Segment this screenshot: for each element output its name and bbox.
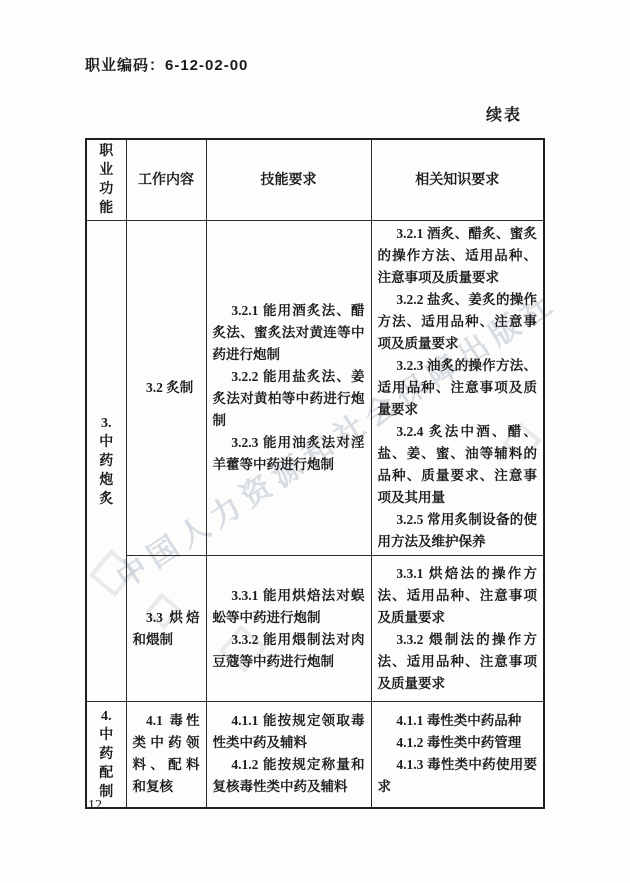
function-cell-zhongyao-peizhi: 4. 中 药 配 制 bbox=[86, 702, 126, 808]
function-cell-zhongyao-paozhi: 3. 中 药 炮 炙 bbox=[86, 221, 126, 702]
table-header-row: 职业 功能 工作内容 技能要求 相关知识要求 bbox=[86, 139, 544, 221]
table-row: 3. 中 药 炮 炙 3.2 炙制 3.2.1 能用酒炙法、醋炙法、蜜炙法对黄连… bbox=[86, 221, 544, 556]
knowledge-requirements-cell: 3.3.1 烘焙法的操作方法、适用品种、注意事项及质量要求 3.3.2 煨制法的… bbox=[371, 556, 544, 702]
knowledge-requirements-cell: 3.2.1 酒炙、醋炙、蜜炙的操作方法、适用品种、注意事项及质量要求 3.2.2… bbox=[371, 221, 544, 556]
knowledge-item: 3.2.4 炙法中酒、醋、盐、姜、蜜、油等辅料的品种、质量要求、注意事项及其用量 bbox=[378, 421, 538, 509]
header-work-content: 工作内容 bbox=[126, 139, 206, 221]
header-knowledge-requirements: 相关知识要求 bbox=[371, 139, 544, 221]
document-page: 职业编码：6-12-02-00 续表 中国人力资源和社会保障出版社 职业 功能 … bbox=[0, 0, 630, 883]
skill-requirements-cell: 3.3.1 能用烘焙法对蜈蚣等中药进行炮制 3.3.2 能用煨制法对肉豆蔻等中药… bbox=[206, 556, 371, 702]
skill-item: 4.1.2 能按规定称量和复核毒性类中药及辅料 bbox=[213, 754, 365, 798]
skill-item: 3.2.1 能用酒炙法、醋炙法、蜜炙法对黄连等中药进行炮制 bbox=[213, 300, 365, 366]
table-row: 3.3 烘焙和煨制 3.3.1 能用烘焙法对蜈蚣等中药进行炮制 3.3.2 能用… bbox=[86, 556, 544, 702]
continued-table-label: 续表 bbox=[486, 102, 522, 125]
knowledge-requirements-cell: 4.1.1 毒性类中药品种 4.1.2 毒性类中药管理 4.1.3 毒性类中药使… bbox=[371, 702, 544, 808]
work-content-text: 4.1 毒性类中药领料、配料和复核 bbox=[133, 710, 200, 798]
table-row: 4. 中 药 配 制 4.1 毒性类中药领料、配料和复核 4.1.1 能按规定领… bbox=[86, 702, 544, 808]
knowledge-item: 3.2.3 油炙的操作方法、适用品种、注意事项及质量要求 bbox=[378, 355, 538, 421]
work-content-cell: 3.2 炙制 bbox=[126, 221, 206, 556]
work-content-cell: 3.3 烘焙和煨制 bbox=[126, 556, 206, 702]
page-number: 12 bbox=[88, 798, 102, 814]
knowledge-item: 3.3.2 煨制法的操作方法、适用品种、注意事项及质量要求 bbox=[378, 629, 538, 695]
work-content-cell: 4.1 毒性类中药领料、配料和复核 bbox=[126, 702, 206, 808]
skill-item: 4.1.1 能按规定领取毒性类中药及辅料 bbox=[213, 710, 365, 754]
header-occupation-function: 职业 功能 bbox=[86, 139, 126, 221]
skill-requirements-cell: 3.2.1 能用酒炙法、醋炙法、蜜炙法对黄连等中药进行炮制 3.2.2 能用盐炙… bbox=[206, 221, 371, 556]
knowledge-item: 3.2.2 盐炙、姜炙的操作方法、适用品种、注意事项及质量要求 bbox=[378, 289, 538, 355]
occupation-code: 职业编码：6-12-02-00 bbox=[85, 54, 248, 75]
skill-item: 3.2.3 能用油炙法对淫羊藿等中药进行炮制 bbox=[213, 432, 365, 476]
work-content-text: 3.2 炙制 bbox=[133, 377, 200, 399]
knowledge-item: 4.1.1 毒性类中药品种 bbox=[378, 710, 538, 732]
work-content-text: 3.3 烘焙和煨制 bbox=[133, 607, 200, 651]
skill-item: 3.3.2 能用煨制法对肉豆蔻等中药进行炮制 bbox=[213, 629, 365, 673]
header-skill-requirements: 技能要求 bbox=[206, 139, 371, 221]
skill-item: 3.3.1 能用烘焙法对蜈蚣等中药进行炮制 bbox=[213, 585, 365, 629]
skill-requirements-cell: 4.1.1 能按规定领取毒性类中药及辅料 4.1.2 能按规定称量和复核毒性类中… bbox=[206, 702, 371, 808]
knowledge-item: 3.2.5 常用炙制设备的使用方法及维护保养 bbox=[378, 509, 538, 553]
knowledge-item: 3.3.1 烘焙法的操作方法、适用品种、注意事项及质量要求 bbox=[378, 563, 538, 629]
knowledge-item: 3.2.1 酒炙、醋炙、蜜炙的操作方法、适用品种、注意事项及质量要求 bbox=[378, 223, 538, 289]
skill-item: 3.2.2 能用盐炙法、姜炙法对黄柏等中药进行炮制 bbox=[213, 366, 365, 432]
knowledge-item: 4.1.3 毒性类中药使用要求 bbox=[378, 754, 538, 798]
knowledge-item: 4.1.2 毒性类中药管理 bbox=[378, 732, 538, 754]
standards-table: 职业 功能 工作内容 技能要求 相关知识要求 3. 中 药 炮 炙 3.2 炙制… bbox=[85, 138, 545, 809]
